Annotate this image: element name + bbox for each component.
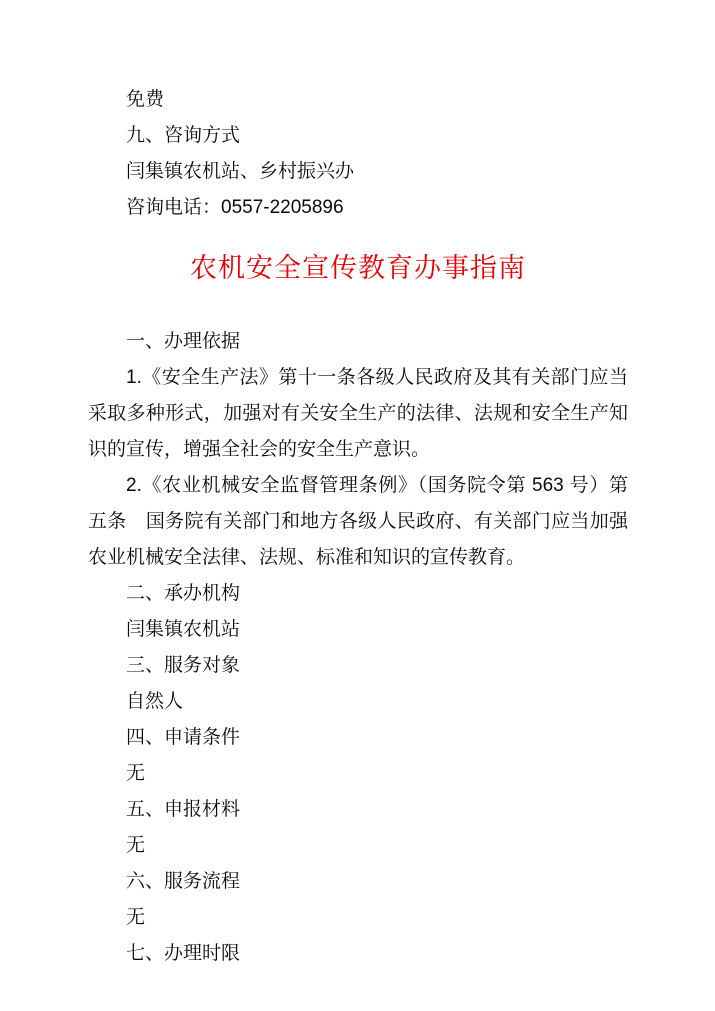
section-heading-basis: 一、办理依据 [88, 324, 628, 360]
intro-line-phone: 咨询电话：0557-2205896 [88, 190, 628, 226]
body-paragraph-law-2: 2.《农业机械安全监督管理条例》（国务院令第 563 号）第五条 国务院有关部门… [88, 468, 628, 576]
body-paragraph-law-1: 1.《安全生产法》第十一条各级人民政府及其有关部门应当采取多种形式，加强对有关安… [88, 360, 628, 468]
section-heading-conditions: 四、申请条件 [88, 720, 628, 756]
section-heading-audience: 三、服务对象 [88, 648, 628, 684]
section-heading-consult: 九、咨询方式 [88, 118, 628, 154]
section-heading-timelimit: 七、办理时限 [88, 936, 628, 972]
body-line-agency-value: 闫集镇农机站 [88, 612, 628, 648]
document-page: 免费 九、咨询方式 闫集镇农机站、乡村振兴办 咨询电话：0557-2205896… [0, 0, 715, 1011]
document-title: 农机安全宣传教育办事指南 [88, 246, 628, 290]
body-line-conditions-value: 无 [88, 756, 628, 792]
body-line-materials-value: 无 [88, 828, 628, 864]
intro-line-fee: 免费 [88, 82, 628, 118]
section-heading-agency: 二、承办机构 [88, 576, 628, 612]
body-line-audience-value: 自然人 [88, 684, 628, 720]
section-heading-materials: 五、申报材料 [88, 792, 628, 828]
section-heading-process: 六、服务流程 [88, 864, 628, 900]
body-line-process-value: 无 [88, 900, 628, 936]
intro-line-offices: 闫集镇农机站、乡村振兴办 [88, 154, 628, 190]
